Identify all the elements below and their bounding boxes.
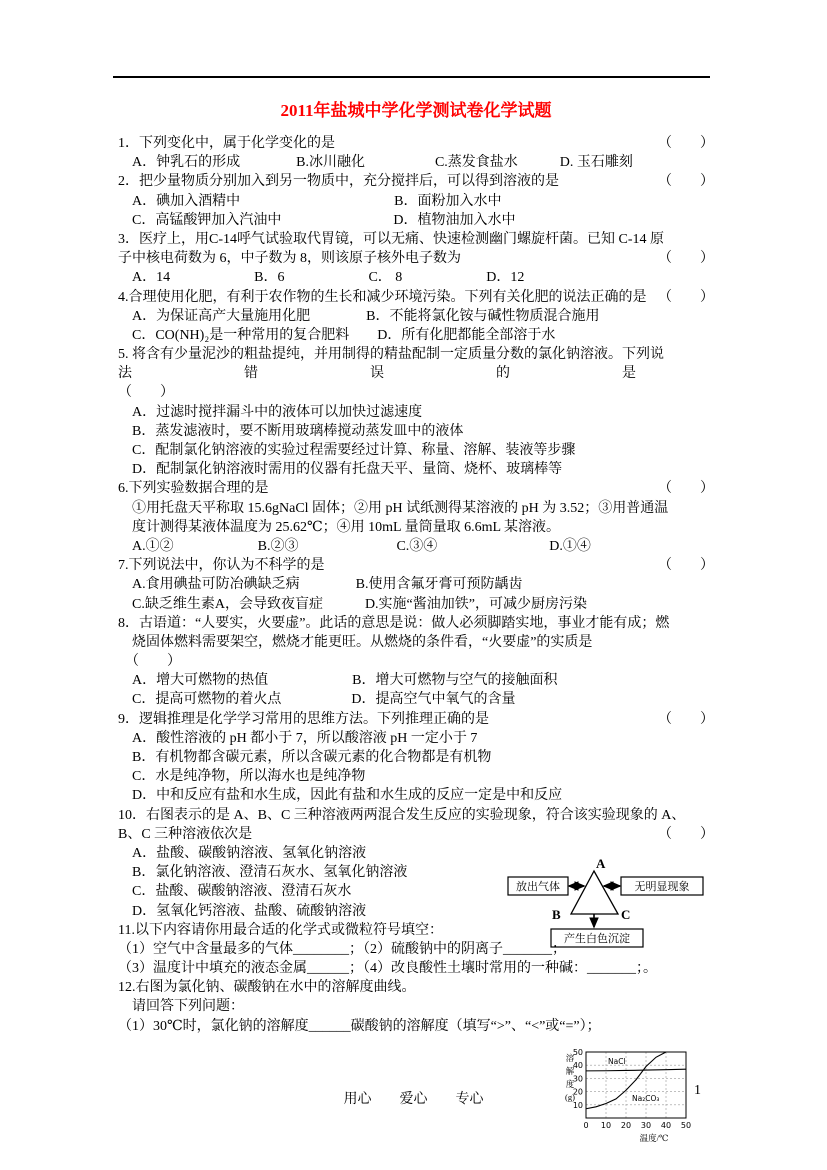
question-line: 2．把少量物质分别加入到另一物质中，充分搅拌后，可以得到溶液的是（ ） [118,172,714,191]
header-rule [113,76,710,78]
line-text: D．氢氧化钙溶液、盐酸、硫酸钠溶液 [118,902,366,921]
line-text: 3．医疗上，用C-14呼气试验取代胃镜，可以无痛、快速检测幽门螺旋杆菌。已知 C… [118,230,664,249]
line-text: C.缺乏维生素A，会导致夜盲症 D.实施“酱油加铁”，可减少厨房污染 [118,595,587,614]
question-line: A.①② B.②③ C.③④ D.①④ [118,537,714,556]
reaction-triangle-diagram: A B C 放出气体 无明显现象 产生白色沉淀 [505,856,717,954]
white-precipitate-label: 产生白色沉淀 [564,931,630,945]
line-text: 9．逻辑推理是化学学习常用的思维方法。下列推理正确的是 [118,710,489,729]
question-line: C．配制氯化钠溶液的实验过程需要经过计算、称量、溶解、装液等步骤 [118,441,714,460]
answer-paren: （ ） [658,825,714,844]
line-text: 5. 将含有少量泥沙的粗盐提纯，并用制得的精盐配制一定质量分数的氯化钠溶液。下列… [118,345,664,364]
page-number: 1 [694,1083,701,1099]
question-line: A．14 B．6 C． 8 D．12 [118,268,714,287]
question-line: 8．古语道：“人要实，火要虚”。此话的意思是说：做人必须脚踏实地，事业才能有成；… [118,614,714,633]
line-text: 11.以下内容请你用最合适的化学式或微粒符号填空： [118,921,443,940]
line-text: （1）30℃时，氯化钠的溶解度______碳酸钠的溶解度（填写“>”、“<”或“… [118,1017,601,1036]
question-line: B．有机物都含碳元素，所以含碳元素的化合物都是有机物 [118,748,714,767]
question-line: 法 错 误 的 是 [118,364,714,383]
document-page: 2011年盐城中学化学测试卷化学试题 1．下列变化中，属于化学变化的是（ ） A… [0,0,827,1170]
line-text: 12.右图为氯化钠、碳酸钠在水中的溶解度曲线。 [118,978,416,997]
answer-paren: （ ） [658,288,714,307]
question-line: （ ） [118,383,714,402]
line-text: 7.下列说法中，你认为不科学的是 [118,556,325,575]
answer-paren: （ ） [658,172,714,191]
page-footer: 用心 爱心 专心 [0,1088,827,1108]
question-line: 请回答下列问题： [118,997,714,1016]
line-text: ①用托盘天平称取 15.6gNaCl 固体；②用 pH 试纸测得某溶液的 pH … [118,499,668,518]
line-text: （ ） [118,652,181,671]
line-text: B、C 三种溶液依次是 [118,825,252,844]
question-line: 1．下列变化中，属于化学变化的是（ ） [118,134,714,153]
line-text: B．有机物都含碳元素，所以含碳元素的化合物都是有机物 [118,748,491,767]
question-line: A．碘加入酒精中 B．面粉加入水中 [118,192,714,211]
line-text: 法 错 误 的 是 [118,364,636,383]
question-line: 12.右图为氯化钠、碳酸钠在水中的溶解度曲线。 [118,978,714,997]
line-text: C．提高可燃物的着火点 D．提高空气中氧气的含量 [118,690,515,709]
y-axis-label: 溶 [566,1053,575,1063]
question-line: C．提高可燃物的着火点 D．提高空气中氧气的含量 [118,690,714,709]
line-text: 10．右图表示的是 A、B、C 三种溶液两两混合发生反应的实验现象，符合该实验现… [118,806,685,825]
answer-paren: （ ） [658,710,714,729]
y-tick-label: 30 [573,1074,583,1083]
line-text: 2．把少量物质分别加入到另一物质中，充分搅拌后，可以得到溶液的是 [118,172,559,191]
question-line: （3）温度计中填充的液态金属______；（4）改良酸性土壤时常用的一种碱：__… [118,959,714,978]
line-text: 度计测得某液体温度为 25.62℃；④用 10mL 量筒量取 6.6mL 某溶液… [118,518,560,537]
page-title: 2011年盐城中学化学测试卷化学试题 [118,96,714,121]
line-text: C．CO(NH)₂是一种常用的复合肥料 D．所有化肥都能全部溶于水 [118,326,555,345]
line-text: A．钟乳石的形成 B.冰川融化 C.蒸发食盐水 D. 玉石雕刻 [118,153,633,172]
x-tick-label: 30 [641,1121,651,1130]
line-text: A．碘加入酒精中 B．面粉加入水中 [118,192,501,211]
answer-paren: （ ） [658,556,714,575]
question-line: A．为保证高产大量施用化肥 B．不能将氯化铵与碱性物质混合施用 [118,307,714,326]
question-line: A.食用碘盐可防冶碘缺乏病 B.使用含氟牙膏可预防龋齿 [118,575,714,594]
answer-paren: （ ） [658,134,714,153]
x-tick-label: 0 [583,1121,588,1130]
question-line: ①用托盘天平称取 15.6gNaCl 固体；②用 pH 试纸测得某溶液的 pH … [118,499,714,518]
diagram-label-a: A [596,856,606,871]
line-text: C．高锰酸钾加入汽油中 D．植物油加入水中 [118,211,515,230]
question-line: 10．右图表示的是 A、B、C 三种溶液两两混合发生反应的实验现象，符合该实验现… [118,806,714,825]
line-text: 请回答下列问题： [118,997,244,1016]
question-line: B．蒸发滤液时，要不断用玻璃棒搅动蒸发皿中的液体 [118,422,714,441]
y-tick-label: 40 [573,1061,583,1070]
y-tick-label: 50 [573,1048,583,1057]
question-line: A．增大可燃物的热值 B．增大可燃物与空气的接触面积 [118,671,714,690]
diagram-label-b: B [552,907,561,922]
question-line: 6.下列实验数据合理的是（ ） [118,479,714,498]
question-line: C．CO(NH)₂是一种常用的复合肥料 D．所有化肥都能全部溶于水 [118,326,714,345]
x-axis-label: 温度/℃ [640,1133,669,1143]
x-tick-label: 20 [621,1121,631,1130]
gas-released-label: 放出气体 [516,879,560,893]
question-line: 4.合理使用化肥，有利于农作物的生长和减少环境污染。下列有关化肥的说法正确的是（… [118,288,714,307]
answer-paren: （ ） [658,249,714,268]
question-line: 7.下列说法中，你认为不科学的是（ ） [118,556,714,575]
question-line: （ ） [118,652,714,671]
line-text: A．过滤时搅拌漏斗中的液体可以加快过滤速度 [118,403,422,422]
x-tick-label: 40 [661,1121,671,1130]
reaction-triangle-svg: A B C 放出气体 无明显现象 产生白色沉淀 [505,856,717,954]
question-line: 烧固体燃料需要架空，燃烧才能更旺。从燃烧的条件看，“火要虚”的实质是 [118,633,714,652]
question-line: D．配制氯化钠溶液时需用的仪器有托盘天平、量筒、烧杯、玻璃棒等 [118,460,714,479]
answer-paren: （ ） [658,479,714,498]
line-text: 6.下列实验数据合理的是 [118,479,269,498]
diagram-label-c: C [621,907,630,922]
line-text: C．配制氯化钠溶液的实验过程需要经过计算、称量、溶解、装液等步骤 [118,441,575,460]
question-line: C．水是纯净物，所以海水也是纯净物 [118,767,714,786]
question-line: B、C 三种溶液依次是（ ） [118,825,714,844]
line-text: （1）空气中含量最多的气体________；（2）硫酸钠中的阴离子_______… [118,940,566,959]
no-phenomenon-label: 无明显现象 [635,879,690,893]
curve-label: NaCl [608,1057,626,1066]
question-line: A．过滤时搅拌漏斗中的液体可以加快过滤速度 [118,403,714,422]
triangle-shape [571,871,618,914]
line-text: 1．下列变化中，属于化学变化的是 [118,134,335,153]
x-tick-label: 10 [601,1121,611,1130]
y-axis-label: 解 [566,1066,575,1076]
line-text: A．为保证高产大量施用化肥 B．不能将氯化铵与碱性物质混合施用 [118,307,599,326]
question-line: 9．逻辑推理是化学学习常用的思维方法。下列推理正确的是（ ） [118,710,714,729]
x-tick-label: 50 [681,1121,691,1130]
question-line: D．中和反应有盐和水生成，因此有盐和水生成的反应一定是中和反应 [118,786,714,805]
question-line: 5. 将含有少量泥沙的粗盐提纯，并用制得的精盐配制一定质量分数的氯化钠溶液。下列… [118,345,714,364]
line-text: D．配制氯化钠溶液时需用的仪器有托盘天平、量筒、烧杯、玻璃棒等 [118,460,562,479]
line-text: 8．古语道：“人要实，火要虚”。此话的意思是说：做人必须脚踏实地，事业才能有成；… [118,614,669,633]
question-line: 3．医疗上，用C-14呼气试验取代胃镜，可以无痛、快速检测幽门螺旋杆菌。已知 C… [118,230,714,249]
curve-0 [586,1069,686,1071]
line-text: D．中和反应有盐和水生成，因此有盐和水生成的反应一定是中和反应 [118,786,562,805]
line-text: （ ） [118,383,174,402]
line-text: （3）温度计中填充的液态金属______；（4）改良酸性土壤时常用的一种碱：__… [118,959,657,978]
line-text: C．盐酸、碳酸钠溶液、澄清石灰水 [118,882,351,901]
question-line: C.缺乏维生素A，会导致夜盲症 D.实施“酱油加铁”，可减少厨房污染 [118,595,714,614]
line-text: 烧固体燃料需要架空，燃烧才能更旺。从燃烧的条件看，“火要虚”的实质是 [118,633,592,652]
plot-border [586,1052,686,1118]
line-text: 子中核电荷数为 6，中子数为 8，则该原子核外电子数为 [118,249,461,268]
line-text: A．增大可燃物的热值 B．增大可燃物与空气的接触面积 [118,671,557,690]
line-text: A.食用碘盐可防冶碘缺乏病 B.使用含氟牙膏可预防龋齿 [118,575,522,594]
line-text: C．水是纯净物，所以海水也是纯净物 [118,767,365,786]
question-line: 子中核电荷数为 6，中子数为 8，则该原子核外电子数为（ ） [118,249,714,268]
line-text: B．氯化钠溶液、澄清石灰水、氢氧化钠溶液 [118,863,407,882]
line-text: A．酸性溶液的 pH 都小于 7，所以酸溶液 pH 一定小于 7 [118,729,477,748]
line-text: A．盐酸、碳酸钠溶液、氢氧化钠溶液 [118,844,366,863]
line-text: 4.合理使用化肥，有利于农作物的生长和减少环境污染。下列有关化肥的说法正确的是 [118,288,647,307]
question-line: （1）30℃时，氯化钠的溶解度______碳酸钠的溶解度（填写“>”、“<”或“… [118,1017,714,1036]
question-line: 度计测得某液体温度为 25.62℃；④用 10mL 量筒量取 6.6mL 某溶液… [118,518,714,537]
question-line: C．高锰酸钾加入汽油中 D．植物油加入水中 [118,211,714,230]
question-line: A．钟乳石的形成 B.冰川融化 C.蒸发食盐水 D. 玉石雕刻 [118,153,714,172]
line-text: A．14 B．6 C． 8 D．12 [118,268,524,287]
question-line: A．酸性溶液的 pH 都小于 7，所以酸溶液 pH 一定小于 7 [118,729,714,748]
line-text: A.①② B.②③ C.③④ D.①④ [118,537,591,556]
line-text: B．蒸发滤液时，要不断用玻璃棒搅动蒸发皿中的液体 [118,422,463,441]
